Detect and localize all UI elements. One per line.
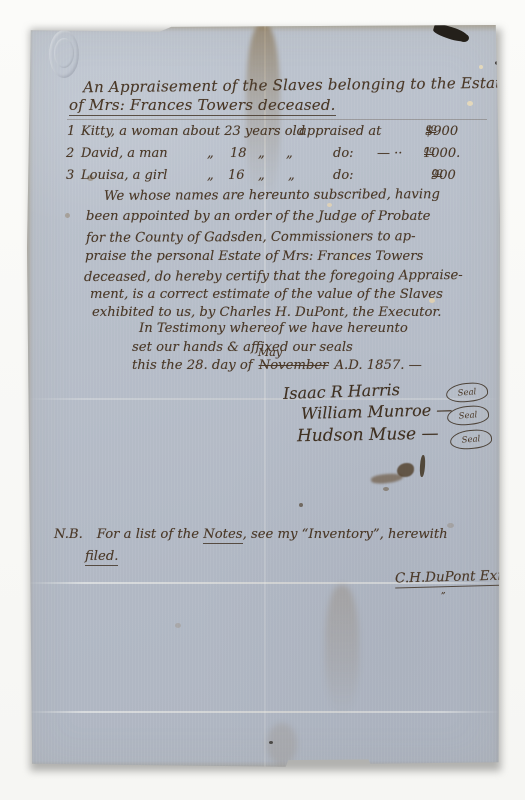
executor-flourish-mark: „: [441, 586, 446, 596]
stain-bottom: [267, 723, 297, 765]
body-line: We whose names are hereunto subscribed, …: [104, 187, 440, 204]
item-number: 1: [67, 124, 75, 139]
scanned-document-page: An Appraisement of the Slaves belonging …: [0, 0, 525, 800]
ink-spot: [383, 487, 389, 491]
ink-smudge: [397, 463, 414, 477]
embossed-stamp-inner: [54, 38, 74, 68]
ink-drip: [419, 455, 426, 477]
spot: [447, 523, 454, 528]
struck-month: November: [259, 358, 329, 373]
manuscript-paper: An Appraisement of the Slaves belonging …: [27, 25, 500, 769]
appraisal-item-row: 3 Louisa, a girl „ 16 „ „ do: 90000: [27, 168, 500, 186]
ink-spot: [299, 503, 303, 507]
item-do: do:: [333, 168, 354, 183]
item-description: Louisa, a girl: [81, 168, 167, 183]
stain-bottom-center: [325, 585, 359, 715]
ditto-mark: „: [258, 146, 265, 161]
body-line: exhibited to us, by Charles H. DuPont, t…: [92, 305, 441, 320]
heading-rule: [67, 119, 487, 120]
speck: [269, 741, 273, 744]
testimony-line2: set our hands & affixed our seals: [132, 340, 353, 355]
body-line: deceased, do hereby certify that the for…: [84, 268, 463, 285]
spot: [65, 213, 70, 218]
fleck: [479, 65, 483, 69]
fleck: [467, 101, 473, 106]
appraisal-item-row: 1 Kitty, a woman about 23 years old appr…: [27, 124, 500, 142]
ink-blot: [459, 34, 469, 42]
note-text: For a list of the: [97, 527, 203, 542]
postscript-line1: N.B.For a list of the Notes, see my “Inv…: [54, 527, 448, 542]
item-cents: 00: [432, 168, 442, 177]
body-line: praise the personal Estate of Mrs: Franc…: [85, 249, 423, 264]
date-suffix: A.D. 1857. —: [335, 358, 422, 373]
testimony-line1: In Testimony whereof we have hereunto: [139, 321, 408, 336]
signature-name: William Munroe —: [301, 400, 453, 423]
ditto-mark: „: [258, 168, 265, 183]
document-title-line1: An Appraisement of the Slaves belonging …: [83, 74, 511, 96]
item-appraised-at: appraised at: [299, 124, 381, 139]
executor-signature: C.H.DuPont Exr.: [395, 568, 507, 589]
postscript-line2: filed.: [85, 549, 118, 566]
item-number: 2: [66, 146, 74, 161]
date-prefix: this the 28. day of: [132, 358, 253, 373]
appraisal-item-row: 2 David, a man „ 18 „ „ do: — ·· 1000.00: [27, 146, 500, 164]
signature-name: Hudson Muse —: [297, 424, 439, 446]
item-dash: — ··: [377, 146, 402, 161]
nb-abbrev: N.B.: [54, 527, 83, 542]
item-number: 3: [66, 168, 74, 183]
spot: [175, 623, 181, 628]
ditto-mark: „: [207, 168, 214, 183]
body-line: been appointed by an order of the Judge …: [86, 209, 431, 224]
body-line: ment, is a correct estimate of the value…: [90, 287, 443, 302]
body-line: for the County of Gadsden, Commissioners…: [86, 229, 416, 246]
ditto-mark: „: [286, 146, 293, 161]
ditto-mark: „: [207, 146, 214, 161]
seal-badge: Seal: [446, 404, 489, 427]
seal-badge: Seal: [449, 428, 492, 451]
note-text: , see my “Inventory”, herewith: [243, 527, 448, 542]
item-description: David, a man: [81, 146, 168, 161]
signature-name: Isaac R Harris: [283, 380, 400, 403]
item-age: 18: [230, 146, 247, 161]
item-do: do:: [333, 146, 354, 161]
ditto-mark: „: [288, 168, 295, 183]
item-description: Kitty, a woman about 23 years old: [81, 124, 305, 139]
document-title-line2: of Mrs: Frances Towers deceased.: [69, 96, 336, 116]
item-cents: 00: [424, 146, 434, 155]
ink-smudge: [371, 472, 404, 485]
item-age: 16: [228, 168, 245, 183]
fleck: [327, 203, 332, 207]
notes-word-underlined: Notes: [203, 527, 242, 544]
item-cents: 00: [426, 124, 436, 133]
date-line: this the 28. day of November A.D. 1857. …: [132, 358, 422, 373]
